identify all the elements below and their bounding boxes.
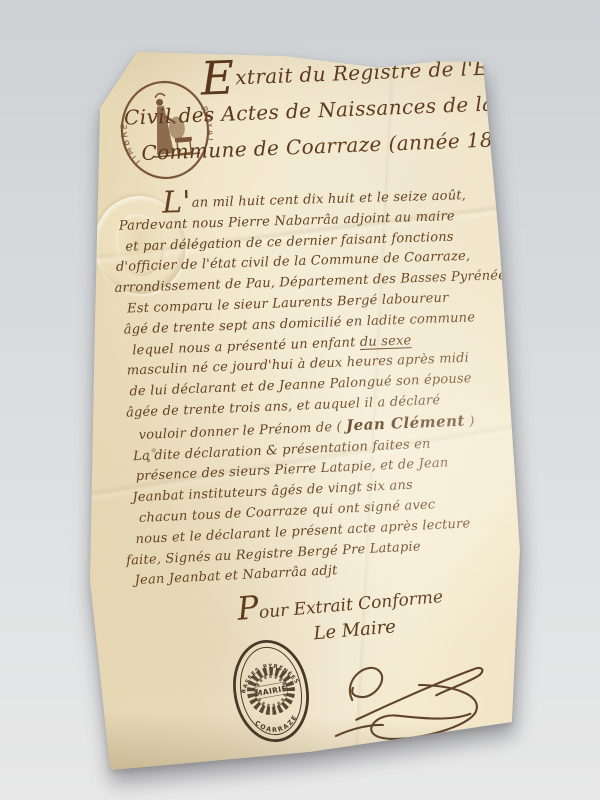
underlined-phrase: du sexe (360, 333, 412, 350)
document-paper: TIMBRE ROYAL Extrait (86, 46, 526, 776)
photo-backdrop: TIMBRE ROYAL Extrait (0, 0, 600, 800)
heading-lines: Extrait du Registre de l'EtatCivil des A… (114, 49, 508, 172)
child-given-name: Jean Clément (346, 411, 466, 434)
mairie-stamp-icon: BASSES PYRÉNÉES MAIRIE COARRAZE (223, 632, 318, 750)
paper-sheet: TIMBRE ROYAL Extrait (86, 46, 526, 776)
mayor-signature-flourish-icon (319, 633, 501, 756)
body-lines: L'an mil huit cent dix huit et le seize … (112, 185, 519, 593)
